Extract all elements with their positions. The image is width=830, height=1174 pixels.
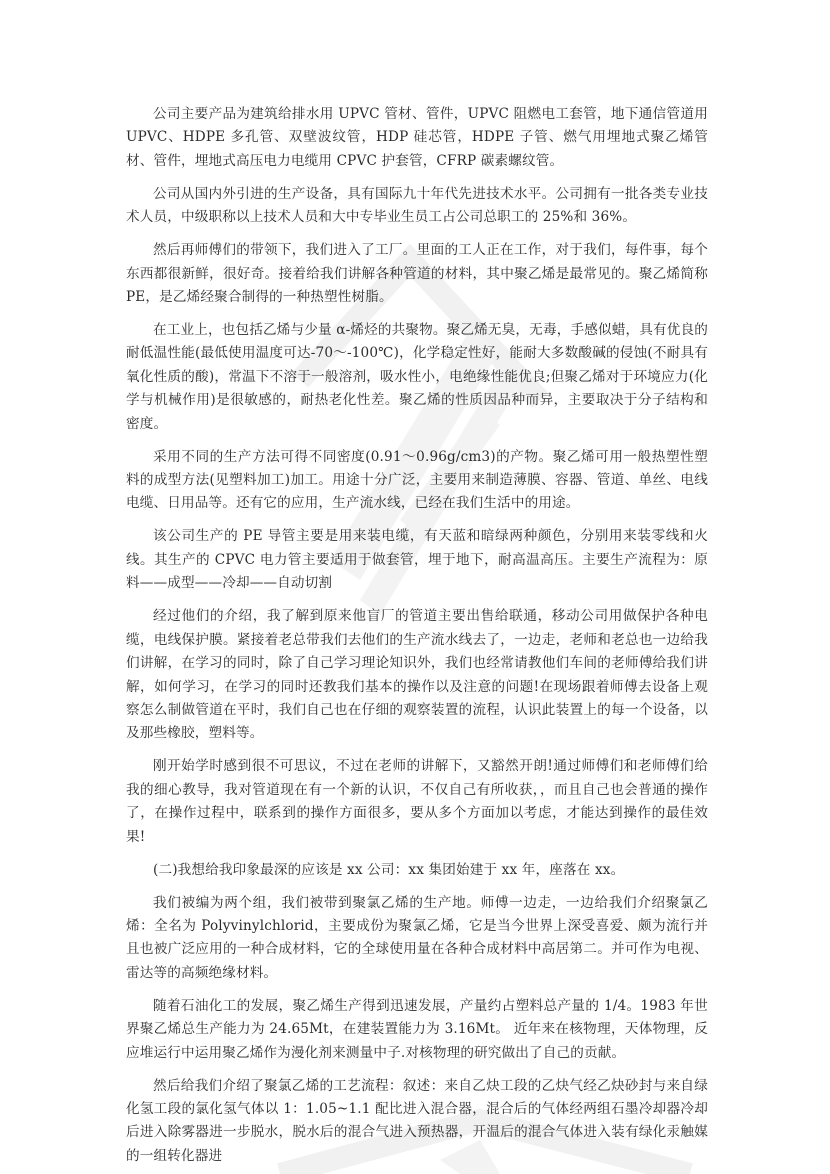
document-page: 公司主要产品为建筑给排水用 UPVC 管材、管件，UPVC 阻燃电工套管，地下通… [0,0,830,1174]
paragraph-equipment: 公司从国内外引进的生产设备，具有国际九十年代先进技术水平。公司拥有一批各类专业技… [126,183,708,230]
document-body: 公司主要产品为建筑给排水用 UPVC 管材、管件，UPVC 阻燃电工套管，地下通… [126,103,708,1174]
paragraph-pvc-intro: 我们被编为两个组，我们被带到聚氯乙烯的生产地。师傅一边走，一边给我们介绍聚氯乙烯… [126,892,708,986]
paragraph-learning: 刚开始学时感到很不可思议，不过在老师的讲解下，又豁然开朗!通过师傅们和老师傅们给… [126,755,708,849]
paragraph-pe-development: 随着石油化工的发展，聚乙烯生产得到迅速发展，产量约占塑料总产量的 1/4。198… [126,995,708,1065]
paragraph-pe-uses: 采用不同的生产方法可得不同密度(0.91～0.96g/cm3)的产物。聚乙烯可用… [126,446,708,516]
paragraph-section-two: (二)我想给我印象最深的应该是 xx 公司：xx 集团始建于 xx 年，座落在 … [126,859,708,882]
paragraph-pe-conduit: 该公司生产的 PE 导管主要是用来装电缆，有天蓝和暗绿两种颜色，分别用来装零线和… [126,525,708,595]
paragraph-pvc-process: 然后给我们介绍了聚氯乙烯的工艺流程：叙述：来自乙炔工段的乙炔气经乙炔砂封与来自绿… [126,1075,708,1169]
paragraph-products: 公司主要产品为建筑给排水用 UPVC 管材、管件，UPVC 阻燃电工套管，地下通… [126,103,708,173]
paragraph-pe-properties: 在工业上，也包括乙烯与少量 α-烯烃的共聚物。聚乙烯无臭，无毒，手感似蜡，具有优… [126,319,708,436]
paragraph-production-line: 经过他们的介绍，我了解到原来他盲厂的管道主要出售给联通，移动公司用做保护各种电缆… [126,605,708,745]
paragraph-factory-visit: 然后再师傅们的带领下，我们进入了工厂。里面的工人正在工作，对于我们，每件事，每个… [126,239,708,309]
